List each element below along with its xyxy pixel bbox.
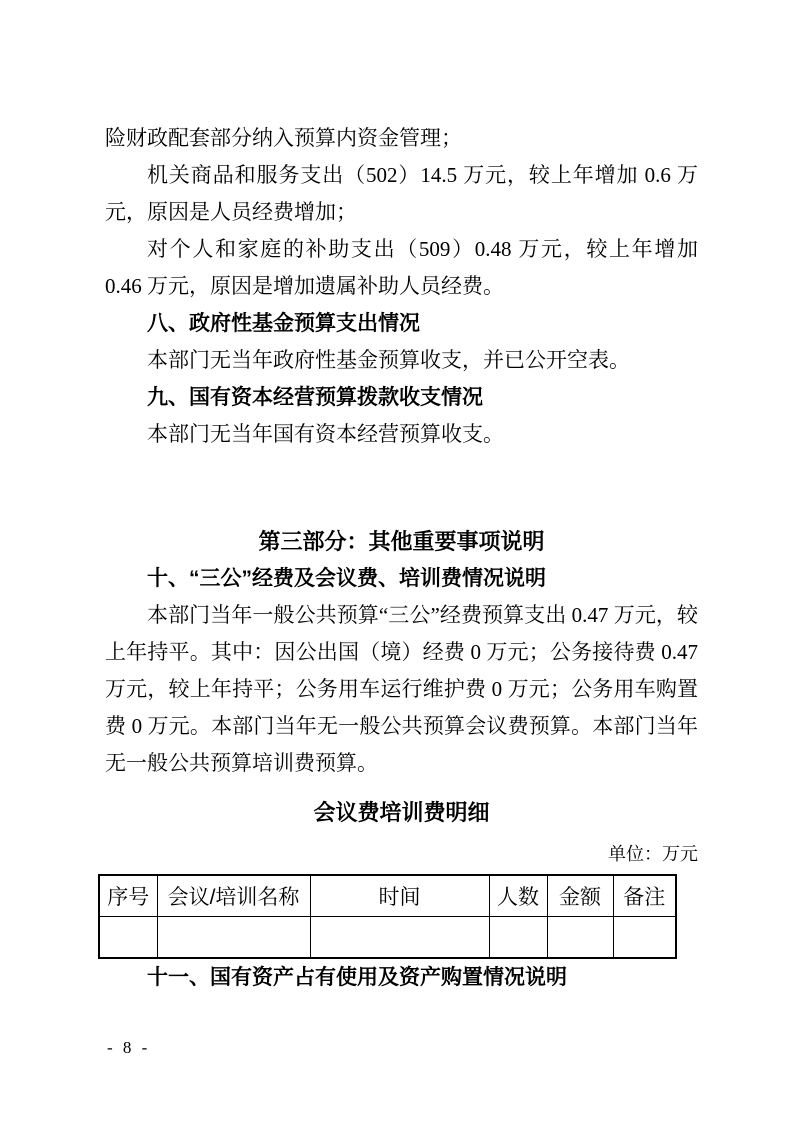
page-number: - 8 - — [107, 1038, 150, 1058]
column-header-seq: 序号 — [99, 875, 157, 917]
table-cell-remarks — [613, 917, 676, 959]
paragraph-section-10: 本部门当年一般公共预算“三公”经费预算支出 0.47 万元，较上年持平。其中：因… — [105, 597, 698, 782]
heading-section-11: 十一、国有资产占有使用及资产购置情况说明 — [105, 959, 698, 996]
table-cell-name — [157, 917, 310, 959]
column-header-amount: 金额 — [547, 875, 613, 917]
document-page: 险财政配套部分纳入预算内资金管理； 机关商品和服务支出（502）14.5 万元，… — [0, 0, 793, 1122]
table-cell-time — [310, 917, 489, 959]
table-cell-seq — [99, 917, 157, 959]
heading-section-9: 九、国有资本经营预算拨款收支情况 — [105, 379, 698, 416]
heading-section-10: 十、“三公”经费及会议费、培训费情况说明 — [105, 560, 698, 597]
paragraph-continuation: 险财政配套部分纳入预算内资金管理； — [105, 120, 698, 157]
paragraph-subsidy-509: 对个人和家庭的补助支出（509）0.48 万元，较上年增加 0.46 万元，原因… — [105, 231, 698, 305]
table-header-row: 序号 会议/培训名称 时间 人数 金额 备注 — [99, 875, 676, 917]
meeting-training-fee-table: 序号 会议/培训名称 时间 人数 金额 备注 — [98, 874, 677, 959]
table-cell-people — [489, 917, 547, 959]
column-header-name: 会议/培训名称 — [157, 875, 310, 917]
column-header-time: 时间 — [310, 875, 489, 917]
table-row — [99, 917, 676, 959]
part3-title: 第三部分：其他重要事项说明 — [105, 523, 698, 560]
column-header-remarks: 备注 — [613, 875, 676, 917]
meeting-training-table-title: 会议费培训费明细 — [105, 794, 698, 831]
document-content: 险财政配套部分纳入预算内资金管理； 机关商品和服务支出（502）14.5 万元，… — [105, 120, 698, 996]
table-cell-amount — [547, 917, 613, 959]
heading-section-8: 八、政府性基金预算支出情况 — [105, 305, 698, 342]
column-header-people: 人数 — [489, 875, 547, 917]
paragraph-section-8: 本部门无当年政府性基金预算收支，并已公开空表。 — [105, 342, 698, 379]
table-unit-label: 单位：万元 — [105, 841, 698, 867]
paragraph-section-9: 本部门无当年国有资本经营预算收支。 — [105, 416, 698, 453]
paragraph-goods-services-502: 机关商品和服务支出（502）14.5 万元，较上年增加 0.6 万元，原因是人员… — [105, 157, 698, 231]
